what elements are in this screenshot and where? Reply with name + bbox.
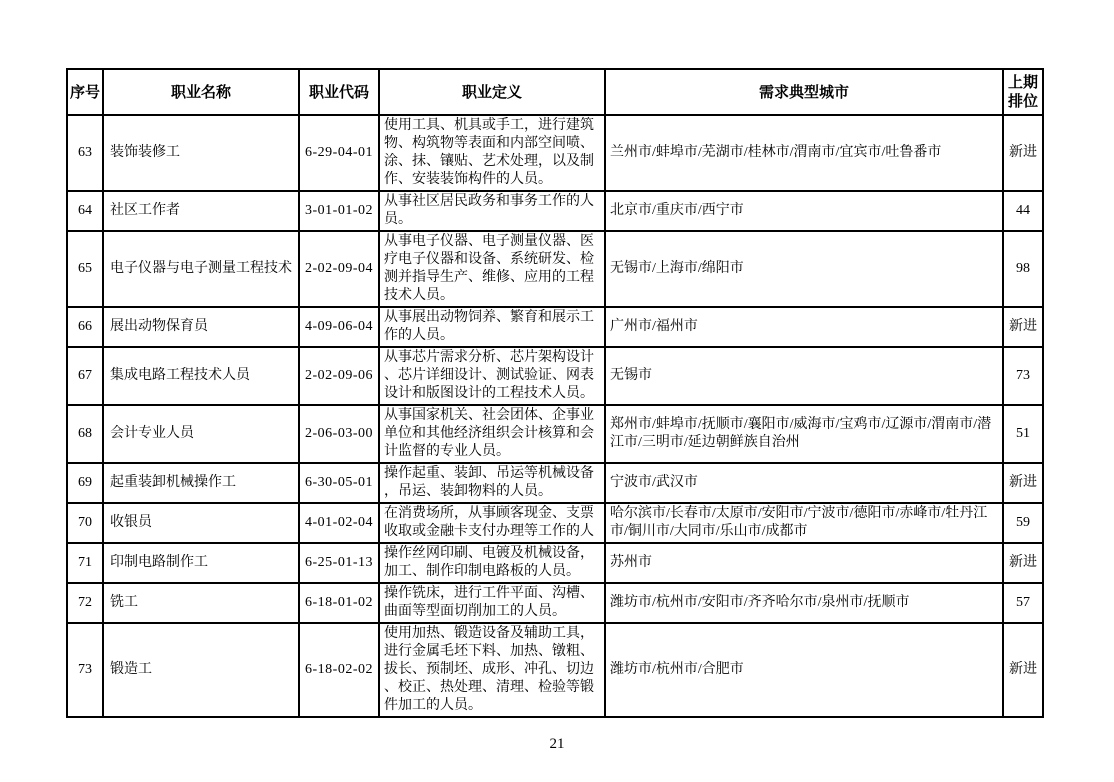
previous-rank-cell: 新进 [1003,307,1043,347]
col-header-occupation-name: 职业名称 [103,69,299,115]
occupation-code-cell: 2-06-03-00 [299,405,379,463]
table-row: 72 铣工 6-18-01-02 操作铣床，进行工件平面、沟槽、曲面等型面切削加… [67,583,1043,623]
document-page: 序号 职业名称 职业代码 职业定义 需求典型城市 上期排位 63 装饰装修工 6… [0,0,1114,782]
occupation-name-cell: 会计专业人员 [103,405,299,463]
previous-rank-cell: 新进 [1003,543,1043,583]
occupation-code-cell: 6-30-05-01 [299,463,379,503]
previous-rank-cell: 新进 [1003,623,1043,717]
col-header-occupation-code: 职业代码 [299,69,379,115]
serial-cell: 72 [67,583,103,623]
occupation-definition-cell: 从事国家机关、社会团体、企事业单位和其他经济组织会计核算和会计监督的专业人员。 [379,405,605,463]
occupation-definition-cell: 从事社区居民政务和事务工作的人员。 [379,191,605,231]
occupation-definition-cell: 操作起重、装卸、吊运等机械设备，吊运、装卸物料的人员。 [379,463,605,503]
occupation-code-cell: 6-25-01-13 [299,543,379,583]
serial-cell: 73 [67,623,103,717]
demand-cities-cell: 哈尔滨市/长春市/太原市/安阳市/宁波市/德阳市/赤峰市/牡丹江市/铜川市/大同… [605,503,1003,543]
serial-cell: 64 [67,191,103,231]
serial-cell: 63 [67,115,103,191]
occupations-table-header: 序号 职业名称 职业代码 职业定义 需求典型城市 上期排位 [67,69,1043,115]
table-row: 66 展出动物保育员 4-09-06-04 从事展出动物饲养、繁育和展示工作的人… [67,307,1043,347]
occupation-name-cell: 集成电路工程技术人员 [103,347,299,405]
serial-cell: 69 [67,463,103,503]
table-row: 73 锻造工 6-18-02-02 使用加热、锻造设备及辅助工具，进行金属毛坯下… [67,623,1043,717]
occupation-definition-cell: 从事电子仪器、电子测量仪器、医疗电子仪器和设备、系统研发、检测并指导生产、维修、… [379,231,605,307]
table-row: 65 电子仪器与电子测量工程技术 2-02-09-04 从事电子仪器、电子测量仪… [67,231,1043,307]
occupation-definition-cell: 操作丝网印刷、电镀及机械设备，加工、制作印制电路板的人员。 [379,543,605,583]
occupation-name-cell: 装饰装修工 [103,115,299,191]
previous-rank-cell: 新进 [1003,463,1043,503]
previous-rank-cell: 59 [1003,503,1043,543]
demand-cities-cell: 苏州市 [605,543,1003,583]
occupation-name-cell: 电子仪器与电子测量工程技术 [103,231,299,307]
demand-cities-cell: 潍坊市/杭州市/合肥市 [605,623,1003,717]
previous-rank-cell: 73 [1003,347,1043,405]
demand-cities-cell: 无锡市/上海市/绵阳市 [605,231,1003,307]
previous-rank-cell: 57 [1003,583,1043,623]
occupation-definition-cell: 在消费场所，从事顾客现金、支票收取或金融卡支付办理等工作的人 [379,503,605,543]
occupation-definition-cell: 从事芯片需求分析、芯片架构设计、芯片详细设计、测试验证、网表设计和版图设计的工程… [379,347,605,405]
serial-cell: 70 [67,503,103,543]
demand-cities-cell: 北京市/重庆市/西宁市 [605,191,1003,231]
table-row: 71 印制电路制作工 6-25-01-13 操作丝网印刷、电镀及机械设备，加工、… [67,543,1043,583]
demand-cities-cell: 兰州市/蚌埠市/芜湖市/桂林市/渭南市/宜宾市/吐鲁番市 [605,115,1003,191]
col-header-demand-cities: 需求典型城市 [605,69,1003,115]
occupation-definition-cell: 操作铣床，进行工件平面、沟槽、曲面等型面切削加工的人员。 [379,583,605,623]
occupation-name-cell: 社区工作者 [103,191,299,231]
occupation-definition-cell: 使用加热、锻造设备及辅助工具，进行金属毛坯下料、加热、镦粗、拔长、预制坯、成形、… [379,623,605,717]
header-row: 序号 职业名称 职业代码 职业定义 需求典型城市 上期排位 [67,69,1043,115]
demand-cities-cell: 无锡市 [605,347,1003,405]
previous-rank-cell: 新进 [1003,115,1043,191]
occupation-code-cell: 4-09-06-04 [299,307,379,347]
occupation-name-cell: 展出动物保育员 [103,307,299,347]
occupation-code-cell: 6-29-04-01 [299,115,379,191]
table-row: 69 起重装卸机械操作工 6-30-05-01 操作起重、装卸、吊运等机械设备，… [67,463,1043,503]
table-row: 67 集成电路工程技术人员 2-02-09-06 从事芯片需求分析、芯片架构设计… [67,347,1043,405]
demand-cities-cell: 广州市/福州市 [605,307,1003,347]
table-row: 63 装饰装修工 6-29-04-01 使用工具、机具或手工，进行建筑物、构筑物… [67,115,1043,191]
occupation-code-cell: 3-01-01-02 [299,191,379,231]
table-row: 68 会计专业人员 2-06-03-00 从事国家机关、社会团体、企事业单位和其… [67,405,1043,463]
occupation-code-cell: 6-18-02-02 [299,623,379,717]
serial-cell: 66 [67,307,103,347]
occupation-name-cell: 铣工 [103,583,299,623]
table-row: 64 社区工作者 3-01-01-02 从事社区居民政务和事务工作的人员。 北京… [67,191,1043,231]
col-header-previous-rank: 上期排位 [1003,69,1043,115]
previous-rank-cell: 98 [1003,231,1043,307]
page-number: 21 [0,736,1114,753]
previous-rank-cell: 44 [1003,191,1043,231]
col-header-serial: 序号 [67,69,103,115]
serial-cell: 67 [67,347,103,405]
occupation-definition-cell: 使用工具、机具或手工，进行建筑物、构筑物等表面和内部空间喷、涂、抹、镶贴、艺术处… [379,115,605,191]
demand-cities-cell: 郑州市/蚌埠市/抚顺市/襄阳市/威海市/宝鸡市/辽源市/渭南市/潜江市/三明市/… [605,405,1003,463]
occupation-definition-cell: 从事展出动物饲养、繁育和展示工作的人员。 [379,307,605,347]
occupation-name-cell: 收银员 [103,503,299,543]
occupation-name-cell: 起重装卸机械操作工 [103,463,299,503]
serial-cell: 71 [67,543,103,583]
occupation-code-cell: 2-02-09-04 [299,231,379,307]
demand-cities-cell: 宁波市/武汉市 [605,463,1003,503]
demand-cities-cell: 潍坊市/杭州市/安阳市/齐齐哈尔市/泉州市/抚顺市 [605,583,1003,623]
occupation-code-cell: 4-01-02-04 [299,503,379,543]
occupation-code-cell: 6-18-01-02 [299,583,379,623]
occupation-name-cell: 锻造工 [103,623,299,717]
occupations-table: 序号 职业名称 职业代码 职业定义 需求典型城市 上期排位 63 装饰装修工 6… [66,68,1044,718]
col-header-occupation-definition: 职业定义 [379,69,605,115]
serial-cell: 65 [67,231,103,307]
table-row: 70 收银员 4-01-02-04 在消费场所，从事顾客现金、支票收取或金融卡支… [67,503,1043,543]
occupations-table-body: 63 装饰装修工 6-29-04-01 使用工具、机具或手工，进行建筑物、构筑物… [67,115,1043,717]
serial-cell: 68 [67,405,103,463]
occupation-name-cell: 印制电路制作工 [103,543,299,583]
previous-rank-cell: 51 [1003,405,1043,463]
occupation-code-cell: 2-02-09-06 [299,347,379,405]
